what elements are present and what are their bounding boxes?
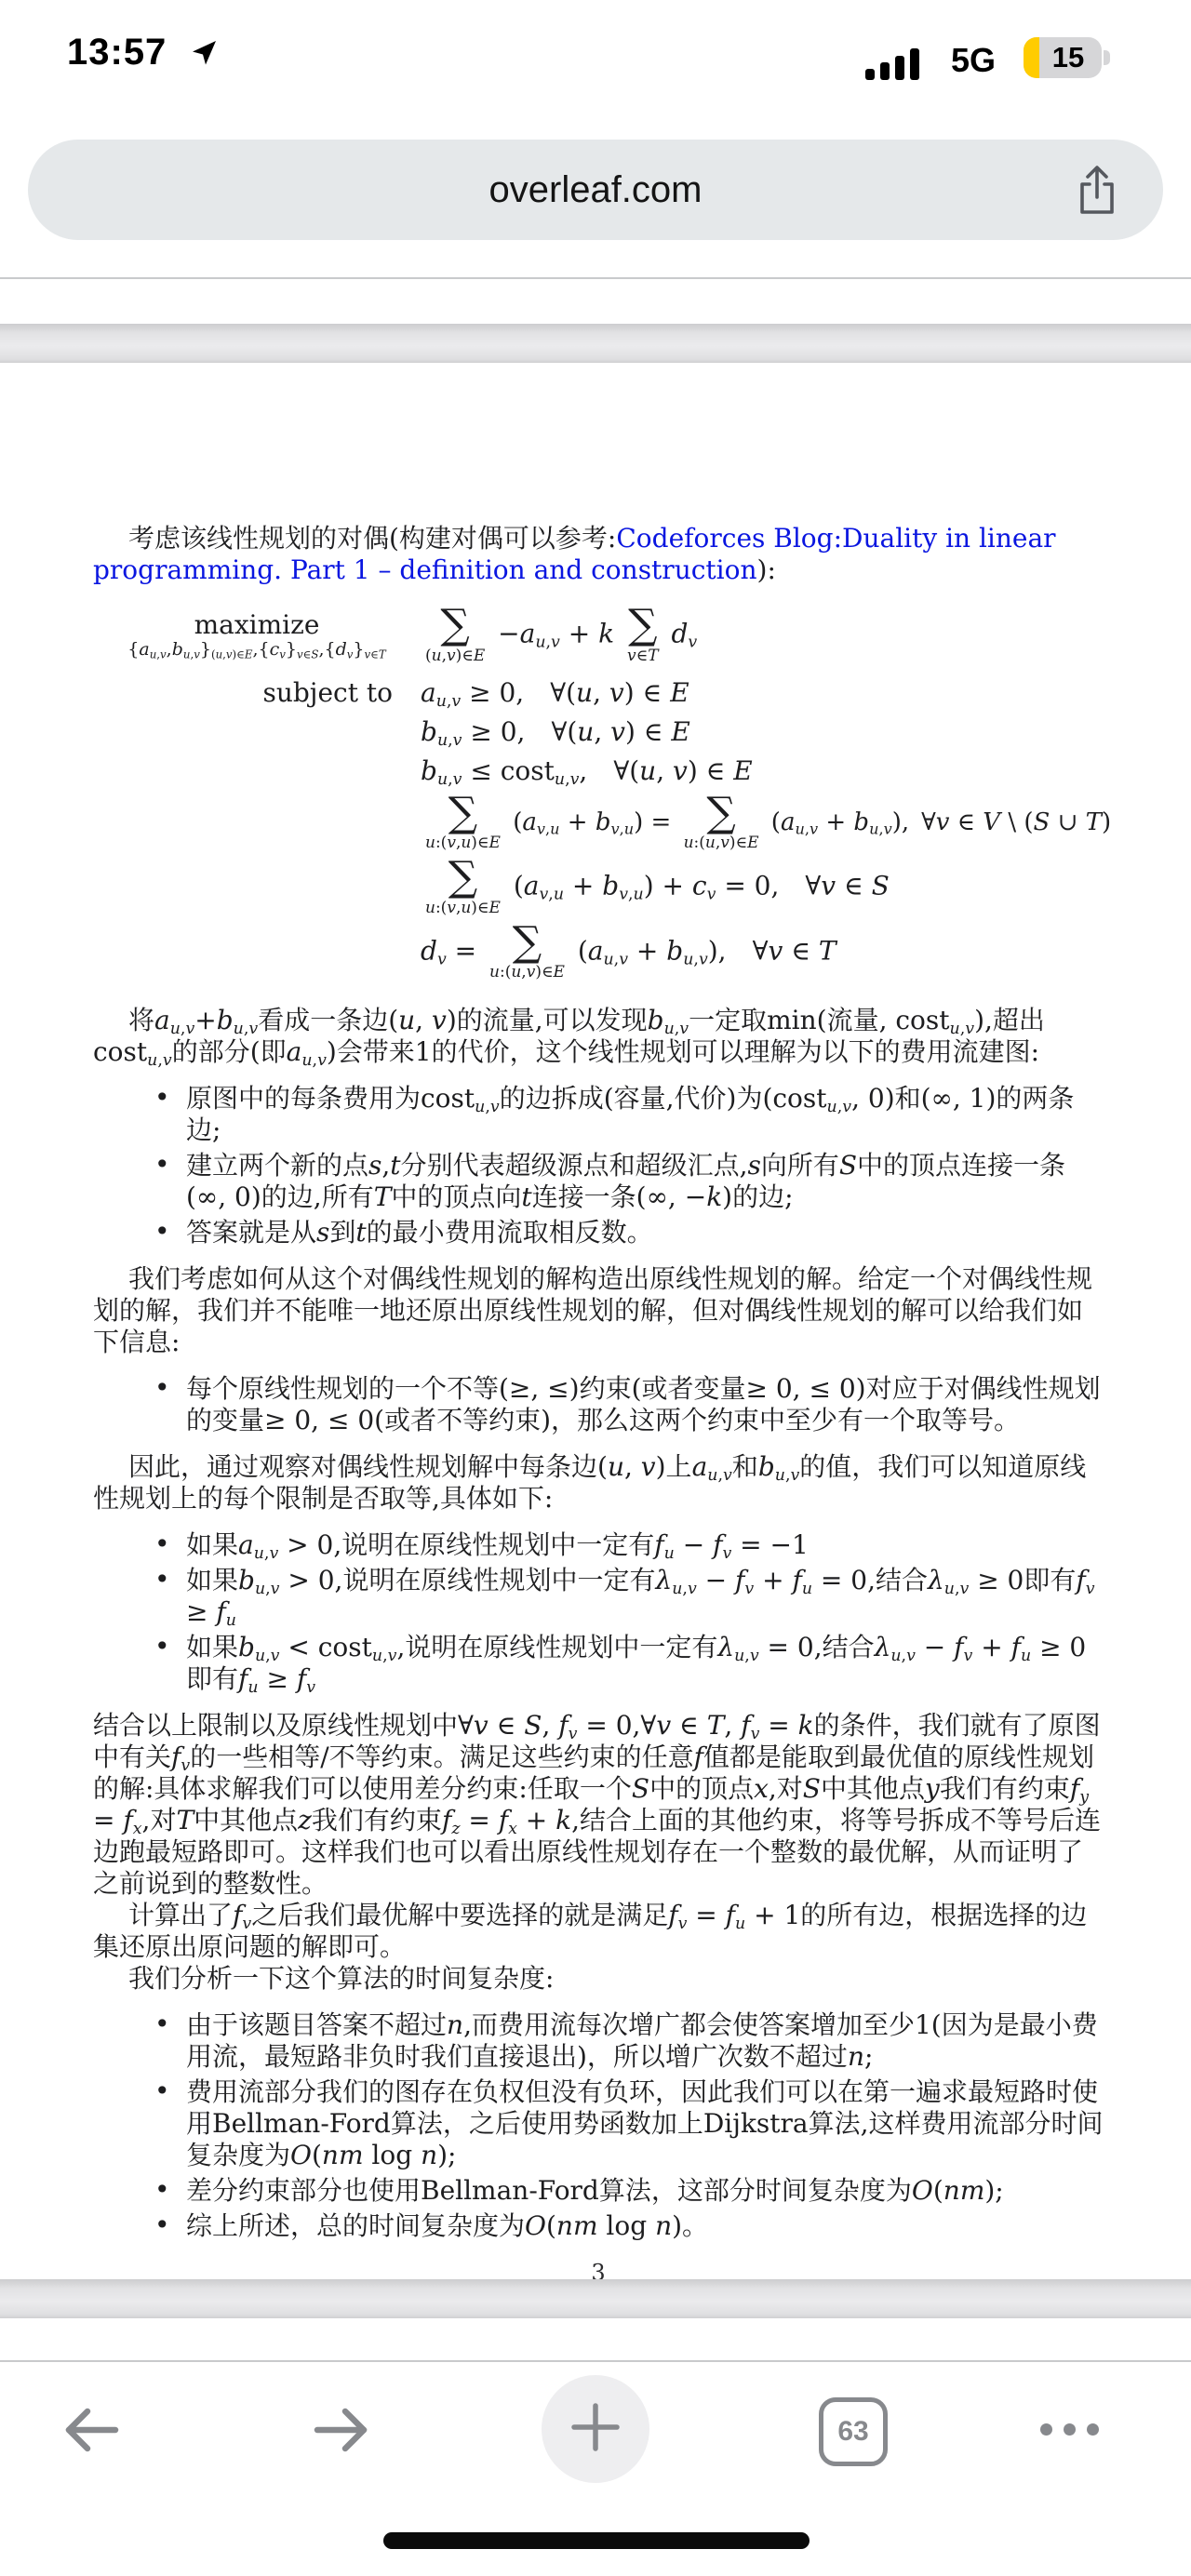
bullet-list: 由于该题目答案不超过n,而费用流每次增广都会使答案增加至少1(因为是最小费用流，… [93, 2009, 1104, 2242]
paragraph: 我们考虑如何从这个对偶线性规划的解构造出原线性规划的解。给定一个对偶线性规划的解… [93, 1263, 1104, 1358]
math-constraint: dv = ∑u:(u,v)∈E (au,v + bu,v), ∀v ∈ T [421, 924, 836, 981]
battery-percent: 15 [1024, 37, 1102, 78]
address-bar[interactable]: overleaf.com [28, 140, 1163, 240]
list-item: 差分约束部分也使用Bellman-Ford算法，这部分时间复杂度为O(nm); [186, 2175, 1104, 2207]
plus-icon [569, 2401, 622, 2458]
scroll-shadow-bar-top [0, 324, 1191, 363]
url-text[interactable]: overleaf.com [28, 140, 1163, 240]
scroll-shadow-bar-bottom [0, 2279, 1191, 2318]
tab-count: 63 [837, 2416, 868, 2448]
browser-toolbar: 63 [0, 2362, 1191, 2576]
browser-chrome-top: overleaf.com [0, 102, 1191, 279]
list-item: 如果au,v > 0,说明在原线性规划中一定有fu − fv = −1 [186, 1529, 1104, 1561]
more-button[interactable] [1040, 2423, 1122, 2436]
signal-bars-icon [865, 43, 940, 80]
paragraph: 考虑该线性规划的对偶(构建对偶可以参考:Codeforces Blog:Dual… [93, 523, 1104, 586]
math-constraint: bu,v ≥ 0, ∀(u, v) ∈ E [421, 716, 690, 748]
home-indicator[interactable] [383, 2532, 810, 2549]
bullet-list: 每个原线性规划的一个不等(≥, ≤)约束(或者变量≥ 0, ≤ 0)对应于对偶线… [93, 1373, 1104, 1436]
list-item: 综上所述，总的时间复杂度为O(nm log n)。 [186, 2210, 1104, 2242]
status-bar: 13:57 5G 15 [0, 0, 1191, 102]
lp-dual-equations: maximize {au,v,bu,v}(u,v)∈E,{cv}v∈S,{dv}… [93, 607, 1104, 981]
codeforces-blog-link[interactable]: Codeforces Blog:Duality in linear progra… [93, 523, 1056, 585]
forward-button[interactable] [312, 2406, 371, 2459]
list-item: 如果bu,v > 0,说明在原线性规划中一定有λu,v − fv + fu = … [186, 1565, 1104, 1628]
math-constraint: ∑u:(v,u)∈E (av,u + bv,u) + cv = 0, ∀v ∈ … [421, 859, 890, 916]
location-arrow-icon [190, 39, 218, 72]
clock: 13:57 [67, 32, 167, 73]
document-text: 考虑该线性规划的对偶(构建对偶可以参考:Codeforces Blog:Dual… [93, 523, 1104, 2289]
bottom-gap [0, 2318, 1191, 2362]
list-item: 由于该题目答案不超过n,而费用流每次增广都会使答案增加至少1(因为是最小费用流，… [186, 2009, 1104, 2073]
math-label-subject-to: subject to [93, 677, 421, 709]
math-constraint: ∑u:(v,u)∈E (av,u + bv,u) = ∑u:(u,v)∈E (a… [421, 794, 1111, 852]
list-item: 费用流部分我们的图存在负权但没有负环，因此我们可以在第一遍求最短路时使用Bell… [186, 2076, 1104, 2171]
paragraph: 因此，通过观察对偶线性规划解中每条边(u, v)上au,v和bu,v的值，我们可… [93, 1451, 1104, 1515]
math-constraint: bu,v ≤ costu,v, ∀(u, v) ∈ E [421, 755, 753, 787]
bullet-list: 如果au,v > 0,说明在原线性规划中一定有fu − fv = −1 如果bu… [93, 1529, 1104, 1695]
back-button[interactable] [61, 2406, 121, 2459]
list-item: 答案就是从s到t的最小费用流取相反数。 [186, 1217, 1104, 1248]
math-label-maximize: maximize {au,v,bu,v}(u,v)∈E,{cv}v∈S,{dv}… [93, 611, 421, 660]
paragraph: 计算出了fv之后我们最优解中要选择的就是满足fv = fu + 1的所有边，根据… [93, 1900, 1104, 1963]
back-icon [61, 2442, 121, 2458]
new-tab-button[interactable] [542, 2375, 649, 2483]
tabs-button[interactable]: 63 [819, 2397, 888, 2466]
paragraph: 将au,v+bu,v看成一条边(u, v)的流量,可以发现bu,v一定取min(… [93, 1005, 1104, 1068]
bullet-list: 原图中的每条费用为costu,v的边拆成(容量,代价)为(costu,v, 0)… [93, 1083, 1104, 1248]
pdf-page: 考虑该线性规划的对偶(构建对偶可以参考:Codeforces Blog:Dual… [0, 363, 1191, 2279]
paragraph: 我们分析一下这个算法的时间复杂度: [93, 1963, 1104, 1995]
list-item: 建立两个新的点s,t分别代表超级源点和超级汇点,s向所有S中的顶点连接一条(∞,… [186, 1150, 1104, 1213]
share-icon[interactable] [1076, 162, 1118, 222]
list-item: 原图中的每条费用为costu,v的边拆成(容量,代价)为(costu,v, 0)… [186, 1083, 1104, 1146]
list-item: 如果bu,v < costu,v,说明在原线性规划中一定有λu,v = 0,结合… [186, 1632, 1104, 1695]
network-type: 5G [951, 41, 996, 80]
list-item: 每个原线性规划的一个不等(≥, ≤)约束(或者变量≥ 0, ≤ 0)对应于对偶线… [186, 1373, 1104, 1436]
paragraph: 结合以上限制以及原线性规划中∀v ∈ S, fv = 0,∀v ∈ T, fv … [93, 1710, 1104, 1900]
math-objective: ∑(u,v)∈E −au,v + k ∑v∈T dv [421, 607, 697, 664]
battery-icon: 15 [1024, 37, 1113, 78]
forward-icon [312, 2442, 371, 2458]
math-constraint: au,v ≥ 0, ∀(u, v) ∈ E [421, 677, 689, 709]
